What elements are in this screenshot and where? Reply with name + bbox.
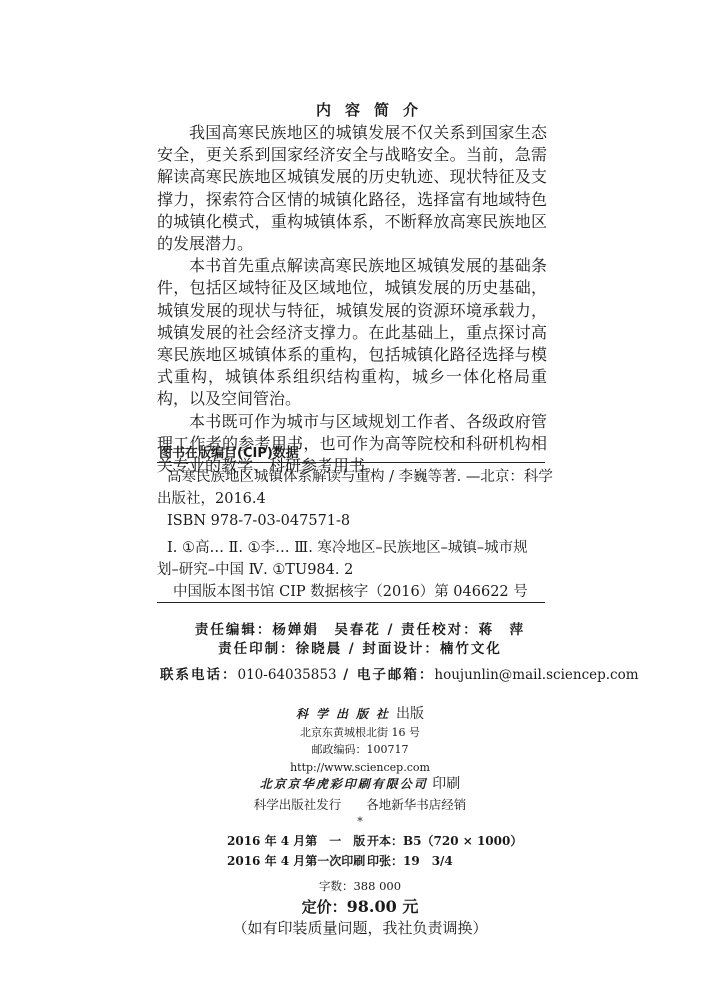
printer-line: 北京京华虎彩印刷有限公司 印刷: [0, 776, 720, 792]
phone-label: 联系电话：: [160, 667, 238, 683]
cip-bottom-rule: [157, 602, 545, 603]
sheets: 印张：19 3/4: [367, 852, 453, 869]
production-credits: 责任印制：徐晓晨 / 封面设计：楠竹文化: [0, 637, 720, 657]
cip-line: 出版社，2016.4: [157, 488, 547, 510]
printing-row: 2016 年 4 月第一次印刷 印张：19 3/4: [227, 852, 365, 869]
edition-row: 2016 年 4 月第 一 版 开本：B5（720 × 1000）: [227, 832, 365, 849]
distribution: 科学出版社发行 各地新华书店经销: [0, 797, 720, 813]
cip-line: 中国版本图书馆 CIP 数据核字（2016）第 046622 号: [157, 581, 547, 603]
printing: 2016 年 4 月第一次印刷: [227, 854, 365, 868]
printer-brand: 北京京华虎彩印刷有限公司: [260, 777, 428, 791]
price-value: 98.00 元: [347, 897, 419, 916]
website[interactable]: http://www.sciencep.com: [0, 760, 720, 776]
editor-credits: 责任编辑：杨婵娟 吴春花 / 责任校对：蒋 萍: [0, 618, 720, 638]
email-label: / 电子邮箱：: [337, 667, 435, 683]
printer-suffix: 印刷: [432, 776, 460, 792]
publisher-line: 科学出版社出版: [0, 706, 720, 722]
cip-line: 高寒民族地区城镇体系解读与重构 / 李巍等著. —北京：科学: [157, 466, 547, 488]
cip-line: Ⅰ. ①高… Ⅱ. ①李… Ⅲ. 寒冷地区–民族地区–城镇–城市规: [157, 537, 547, 559]
page-title: 内容简介: [0, 99, 720, 120]
cip-block: 高寒民族地区城镇体系解读与重构 / 李巍等著. —北京：科学 出版社，2016.…: [157, 466, 547, 603]
cip-line: ISBN 978-7-03-047571-8: [157, 510, 547, 532]
summary-paragraph: 本书首先重点解读高寒民族地区城镇发展的基础条件，包括区域特征及区域地位，城镇发展…: [157, 255, 547, 410]
summary-paragraph: 我国高寒民族地区的城镇发展不仅关系到国家生态安全，更关系到国家经济安全与战略安全…: [157, 122, 547, 255]
cip-top-rule: [157, 462, 545, 463]
email-address[interactable]: houjunlin@mail.sciencep.com: [434, 667, 638, 683]
publisher-address: 北京东黄城根北街 16 号: [0, 725, 720, 741]
copyright-page: 内容简介 我国高寒民族地区的城镇发展不仅关系到国家生态安全，更关系到国家经济安全…: [0, 0, 720, 1000]
cip-line: 划–研究–中国 Ⅳ. ①TU984. 2: [157, 559, 547, 581]
cip-heading: 图书在版编目(CIP)数据: [159, 442, 299, 461]
publisher-brand: 科学出版社: [296, 707, 396, 721]
word-count: 字数：388 000: [0, 878, 720, 894]
edition: 2016 年 4 月第 一 版: [227, 834, 365, 848]
format: 开本：B5（720 × 1000）: [367, 832, 522, 849]
summary-text: 我国高寒民族地区的城镇发展不仅关系到国家生态安全，更关系到国家经济安全与战略安全…: [157, 122, 547, 477]
price-label: 定价：: [302, 898, 347, 916]
contact-line: 联系电话：010-64035853 / 电子邮箱：houjunlin@mail.…: [160, 663, 639, 683]
price-line: 定价：98.00 元: [0, 894, 720, 917]
publisher-suffix: 出版: [396, 706, 424, 722]
separator: *: [0, 814, 720, 830]
phone-number: 010-64035853: [238, 667, 337, 683]
postcode: 邮政编码：100717: [0, 742, 720, 758]
quality-notice: （如有印装质量问题，我社负责调换）: [0, 917, 720, 938]
